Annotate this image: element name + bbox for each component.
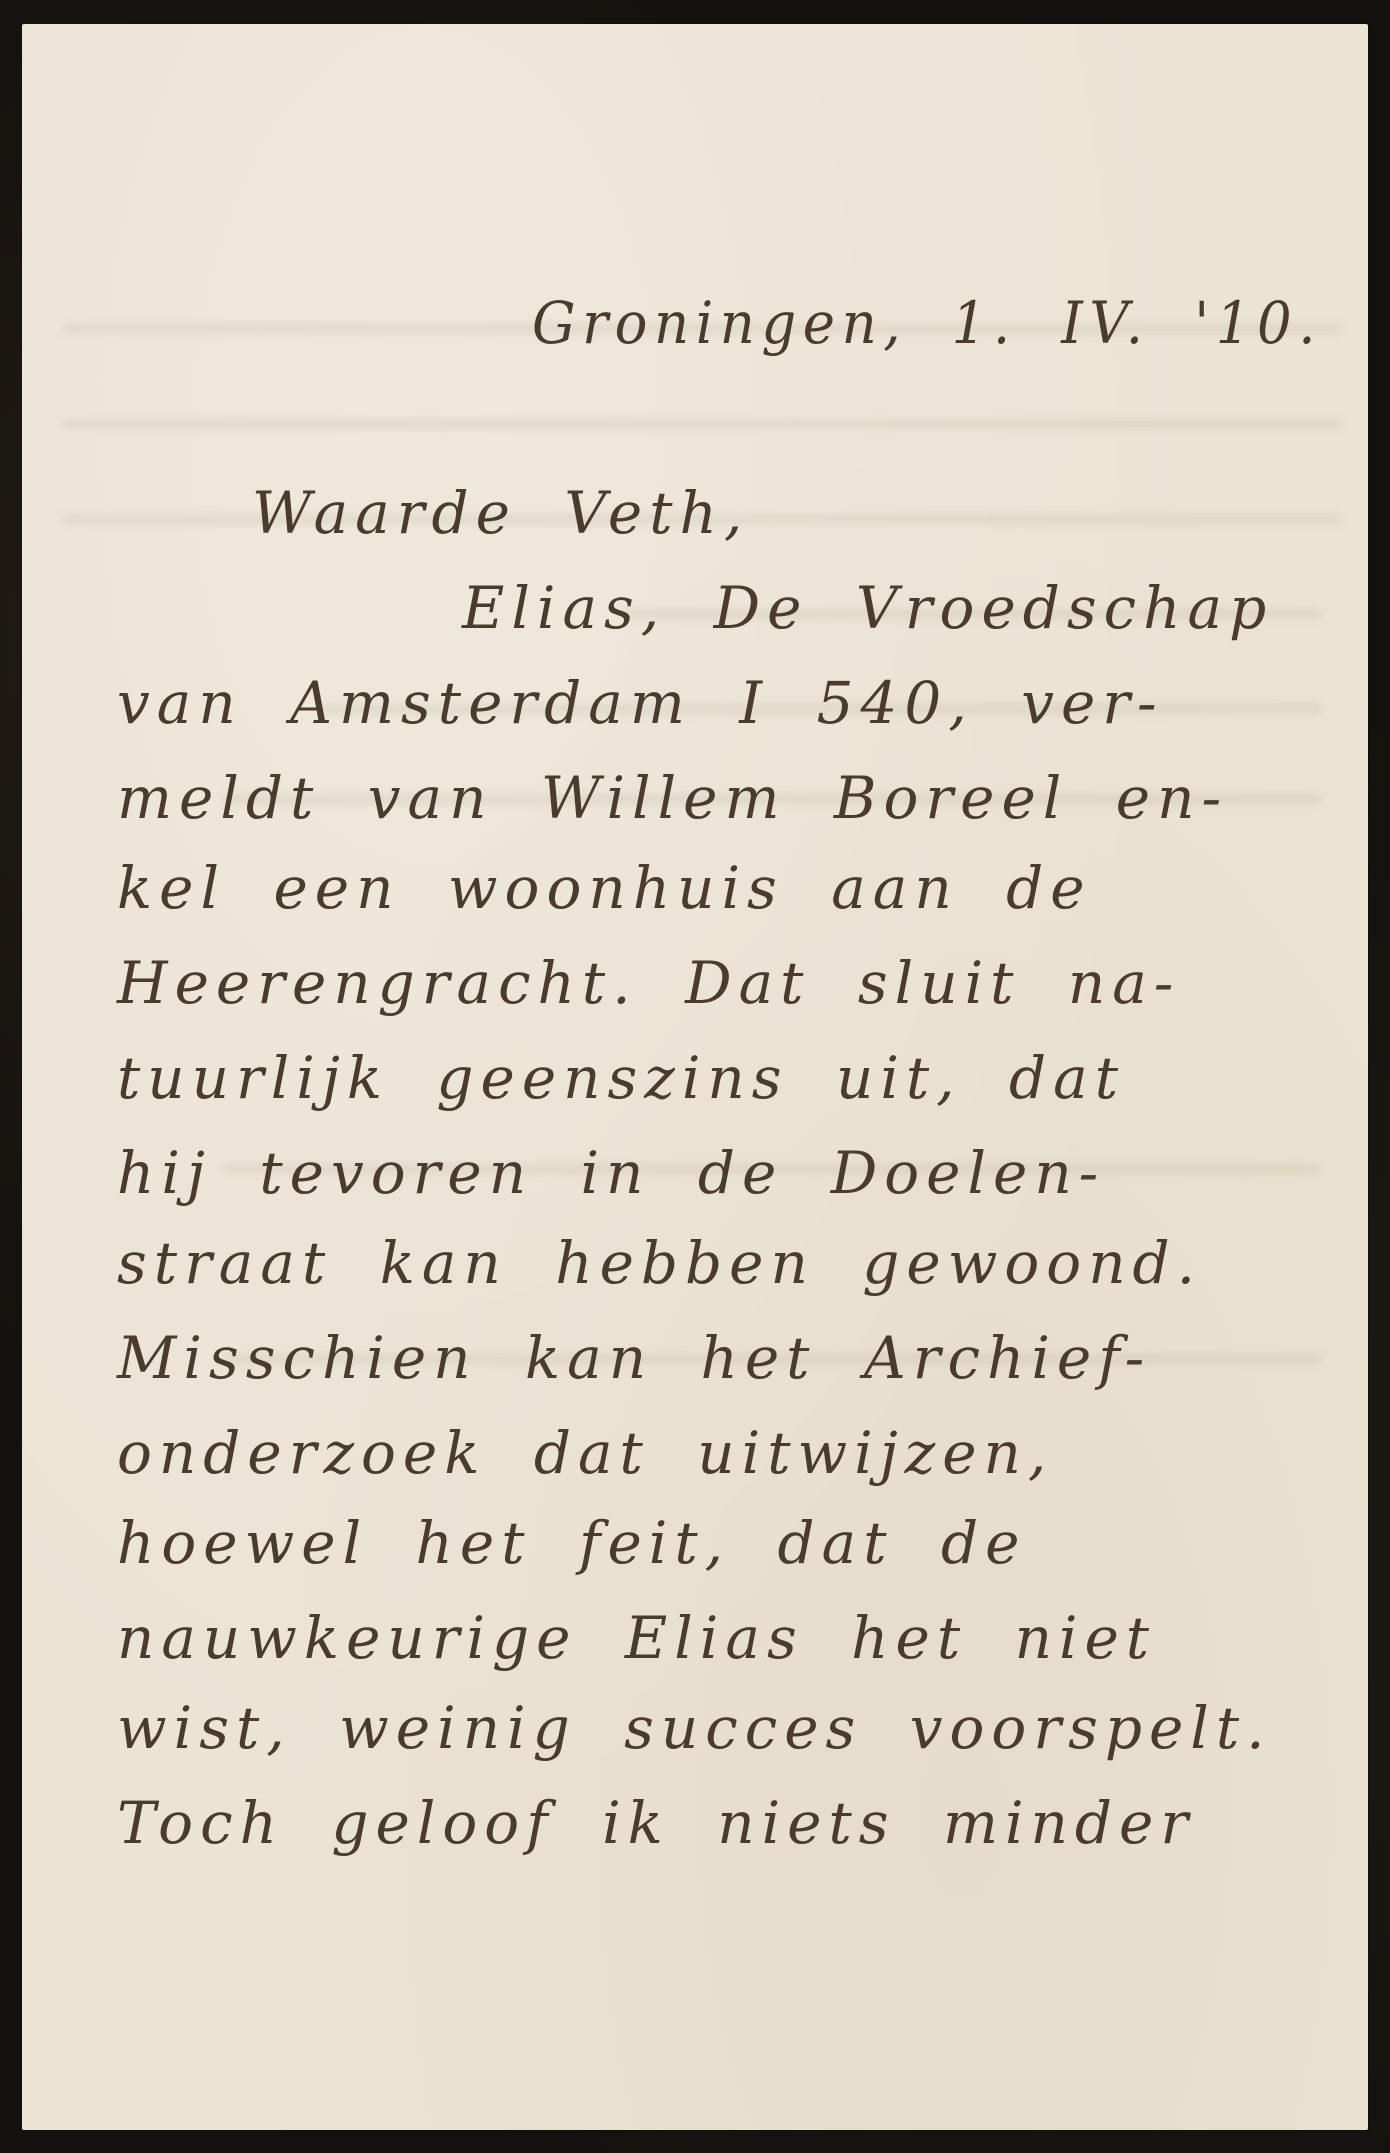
letter-sheet: Groningen, 1. IV. '10. Waarde Veth, Elia… xyxy=(22,24,1368,2130)
letter-line: nauwkeurige Elias het niet xyxy=(117,1609,1156,1667)
letter-line: Misschien kan het Archief- xyxy=(117,1329,1151,1387)
letter-line: hoewel het feit, dat de xyxy=(117,1514,1026,1572)
letter-line: van Amsterdam I 540, ver- xyxy=(117,674,1164,732)
letter-line: meldt van Willem Boreel en- xyxy=(117,769,1228,827)
letter-line: onderzoek dat uitwijzen, xyxy=(117,1424,1053,1482)
letter-line: Heerengracht. Dat sluit na- xyxy=(117,954,1180,1012)
letter-line: straat kan hebben gewoond. xyxy=(117,1234,1202,1292)
salutation: Waarde Veth, xyxy=(252,484,749,542)
place-date: Groningen, 1. IV. '10. xyxy=(532,294,1322,352)
letter-line: tuurlijk geenszins uit, dat xyxy=(117,1049,1125,1107)
letter-line: wist, weinig succes voorspelt. xyxy=(117,1699,1272,1757)
letter-line: Elias, De Vroedschap xyxy=(462,579,1273,637)
letter-line: hij tevoren in de Doelen- xyxy=(117,1144,1105,1202)
letter-line: Toch geloof ik niets minder xyxy=(117,1794,1195,1852)
letter-line: kel een woonhuis aan de xyxy=(117,859,1092,917)
bleed-through-mark xyxy=(62,419,1342,429)
